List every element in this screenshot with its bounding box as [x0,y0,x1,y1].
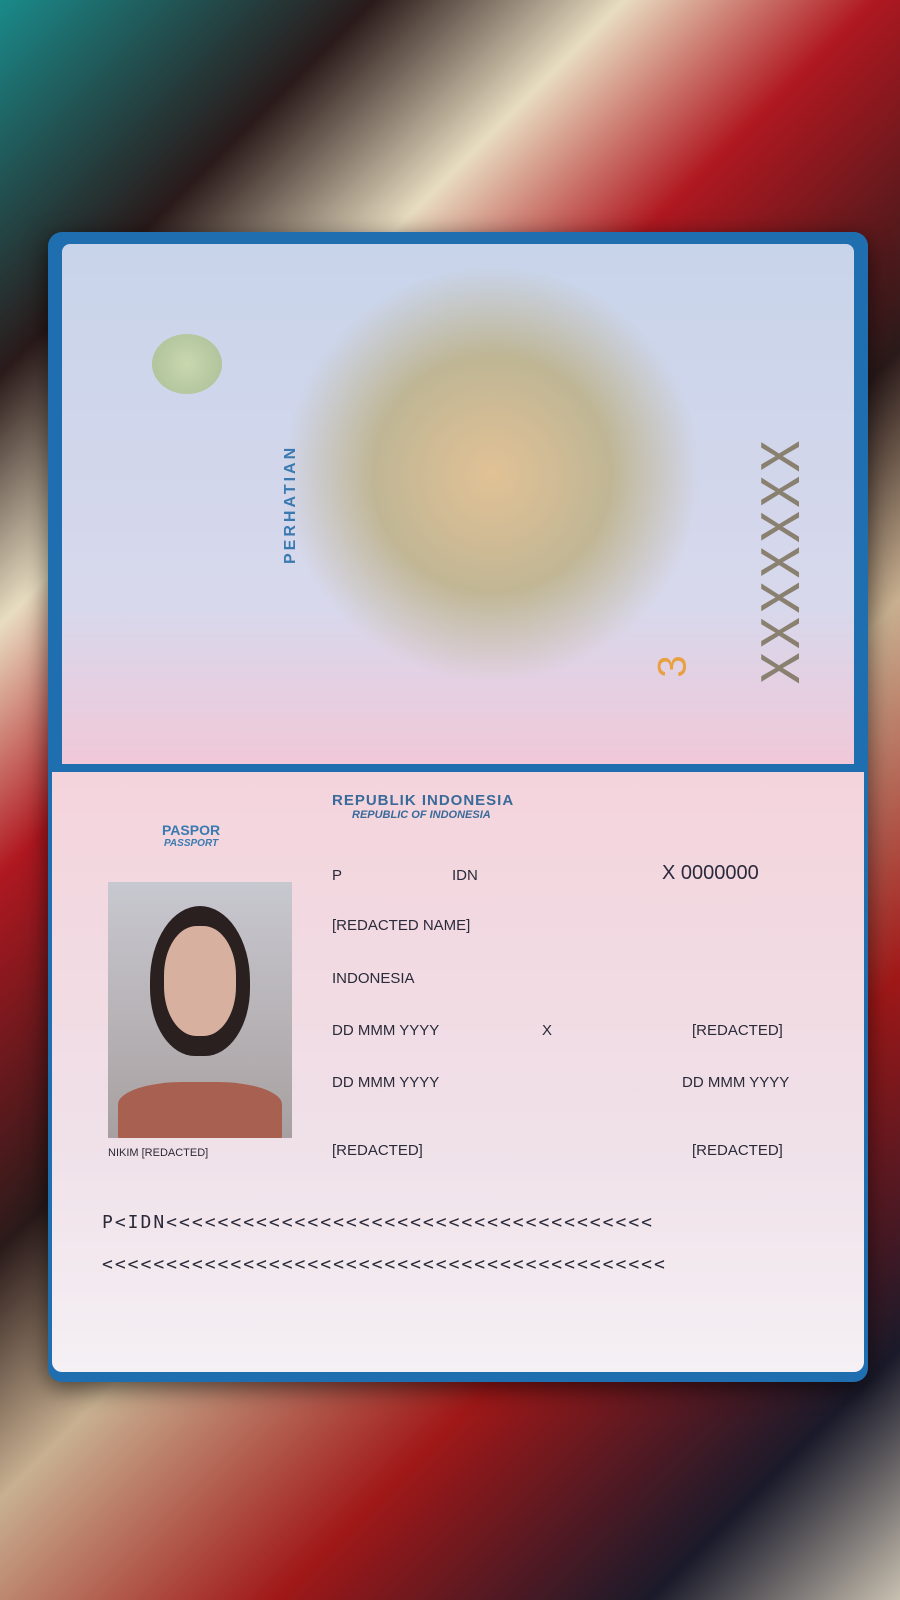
page-number: 3 [651,655,696,677]
holder-photo-placeholder [108,882,292,1138]
flower-watermark [282,264,702,684]
field-sex: X [542,1022,552,1039]
field-date-of-birth: DD MMM YYYY [332,1022,439,1039]
field-date-of-expiry: DD MMM YYYY [682,1074,789,1091]
garuda-emblem-icon [152,334,222,394]
field-full-name: [REDACTED NAME] [332,917,470,934]
field-nationality: INDONESIA [332,970,415,987]
issuing-state-header: REPUBLIK INDONESIA REPUBLIC OF INDONESIA [332,792,514,821]
field-type: P [332,867,342,884]
mrz-line-1: P<IDN<<<<<<<<<<<<<<<<<<<<<<<<<<<<<<<<<<<… [102,1212,654,1233]
field-date-of-issue: DD MMM YYYY [332,1074,439,1091]
passport-booklet: PERHATIAN 3 XXXXXXX REPUBLIK INDONESIA R… [48,232,868,1382]
field-place-of-birth: [REDACTED] [692,1022,783,1039]
notice-title: PERHATIAN [282,445,300,564]
perforated-serial: XXXXXXX [752,437,812,684]
document-label: PASPOR PASSPORT [162,822,220,849]
field-passport-no: X 0000000 [662,862,759,885]
field-nikim: NIKIM [REDACTED] [108,1147,208,1159]
mrz-line-2: <<<<<<<<<<<<<<<<<<<<<<<<<<<<<<<<<<<<<<<<… [102,1254,667,1275]
passport-notice-page: PERHATIAN 3 XXXXXXX [62,244,854,764]
passport-data-page: REPUBLIK INDONESIA REPUBLIC OF INDONESIA… [52,772,864,1372]
field-country-code: IDN [452,867,478,884]
field-issuing-office: [REDACTED] [692,1142,783,1159]
field-reg-no: [REDACTED] [332,1142,423,1159]
